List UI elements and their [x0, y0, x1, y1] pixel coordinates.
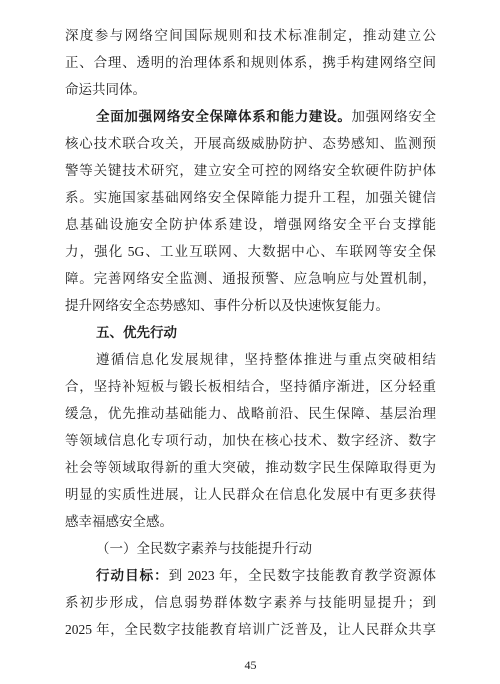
- text-line: 系初步形成，信息弱势群体数字素养与技能明显提升；到: [65, 589, 436, 616]
- text-line: 明显的实质性进展，让人民群众在信息化发展中有更多获得: [65, 481, 436, 508]
- text-run: 障。完善网络安全监测、通报预警、应急响应与处置机制，: [65, 271, 436, 286]
- text-run: 提升网络安全态势感知、事件分析以及快速恢复能力。: [65, 298, 389, 313]
- text-line: 正、合理、透明的治理体系和规则体系，携手构建网络空间: [65, 49, 436, 76]
- text-run: 深度参与网络空间国际规则和技术标准制定，推动建立公: [65, 28, 436, 43]
- text-line: 社会等领域取得新的重大突破，推动数字民生保障取得更为: [65, 454, 436, 481]
- text-line: 五、优先行动: [65, 319, 436, 346]
- text-line: 提升网络安全态势感知、事件分析以及快速恢复能力。: [65, 292, 436, 319]
- text-run: 息基础设施安全防护体系建设，增强网络安全平台支撑能: [65, 217, 436, 232]
- text-line: （一）全民数字素养与技能提升行动: [65, 535, 436, 562]
- text-run: 社会等领域取得新的重大突破，推动数字民生保障取得更为: [65, 460, 436, 475]
- text-run: 核心技术联合攻关，开展高级威胁防护、态势感知、监测预: [65, 136, 436, 151]
- kai-heading-run: （一）全民数字素养与技能提升行动: [96, 541, 312, 556]
- text-line: 警等关键技术研究，建立安全可控的网络安全软硬件防护体: [65, 157, 436, 184]
- text-run: 警等关键技术研究，建立安全可控的网络安全软硬件防护体: [65, 163, 436, 178]
- text-run: 系初步形成，信息弱势群体数字素养与技能明显提升；到: [65, 595, 436, 610]
- text-line: 感幸福感安全感。: [65, 508, 436, 535]
- text-line: 核心技术联合攻关，开展高级威胁防护、态势感知、监测预: [65, 130, 436, 157]
- text-run: 缓急，优先推动基础能力、战略前沿、民生保障、基层治理: [65, 406, 436, 421]
- text-line: 全面加强网络安全保障体系和能力建设。加强网络安全: [65, 103, 436, 130]
- bold-text-run: 五、优先行动: [96, 325, 177, 340]
- text-run: 合，坚持补短板与锻长板相结合，坚持循序渐进，区分轻重: [65, 379, 436, 394]
- page-number: 45: [65, 652, 436, 679]
- body-text: 深度参与网络空间国际规则和技术标准制定，推动建立公正、合理、透明的治理体系和规则…: [65, 22, 436, 643]
- text-line: 缓急，优先推动基础能力、战略前沿、民生保障、基层治理: [65, 400, 436, 427]
- text-run: 感幸福感安全感。: [65, 514, 173, 529]
- bold-text-run: 全面加强网络安全保障体系和能力建设。: [96, 109, 352, 124]
- text-line: 深度参与网络空间国际规则和技术标准制定，推动建立公: [65, 22, 436, 49]
- text-line: 合，坚持补短板与锻长板相结合，坚持循序渐进，区分轻重: [65, 373, 436, 400]
- text-run: 加强网络安全: [352, 109, 436, 124]
- bold-text-run: 行动目标：: [96, 568, 169, 583]
- text-line: 力，强化 5G、工业互联网、大数据中心、车联网等安全保: [65, 238, 436, 265]
- text-line: 行动目标：到 2023 年，全民数字技能教育教学资源体: [65, 562, 436, 589]
- text-run: 力，强化 5G、工业互联网、大数据中心、车联网等安全保: [65, 244, 436, 259]
- text-line: 2025 年，全民数字技能教育培训广泛普及，让人民群众共享: [65, 616, 436, 643]
- text-line: 息基础设施安全防护体系建设，增强网络安全平台支撑能: [65, 211, 436, 238]
- text-line: 系。实施国家基础网络安全保障能力提升工程，加强关键信: [65, 184, 436, 211]
- text-line: 等领域信息化专项行动，加快在核心技术、数字经济、数字: [65, 427, 436, 454]
- text-run: 系。实施国家基础网络安全保障能力提升工程，加强关键信: [65, 190, 436, 205]
- text-line: 命运共同体。: [65, 76, 436, 103]
- text-run: 命运共同体。: [65, 82, 146, 97]
- text-run: 到 2023 年，全民数字技能教育教学资源体: [169, 568, 436, 583]
- text-line: 障。完善网络安全监测、通报预警、应急响应与处置机制，: [65, 265, 436, 292]
- document-page: 深度参与网络空间国际规则和技术标准制定，推动建立公正、合理、透明的治理体系和规则…: [0, 0, 500, 684]
- text-run: 2025 年，全民数字技能教育培训广泛普及，让人民群众共享: [65, 622, 436, 637]
- text-run: 等领域信息化专项行动，加快在核心技术、数字经济、数字: [65, 433, 436, 448]
- text-run: 正、合理、透明的治理体系和规则体系，携手构建网络空间: [65, 55, 436, 70]
- text-line: 遵循信息化发展规律，坚持整体推进与重点突破相结: [65, 346, 436, 373]
- text-run: 明显的实质性进展，让人民群众在信息化发展中有更多获得: [65, 487, 436, 502]
- text-run: 遵循信息化发展规律，坚持整体推进与重点突破相结: [96, 352, 436, 367]
